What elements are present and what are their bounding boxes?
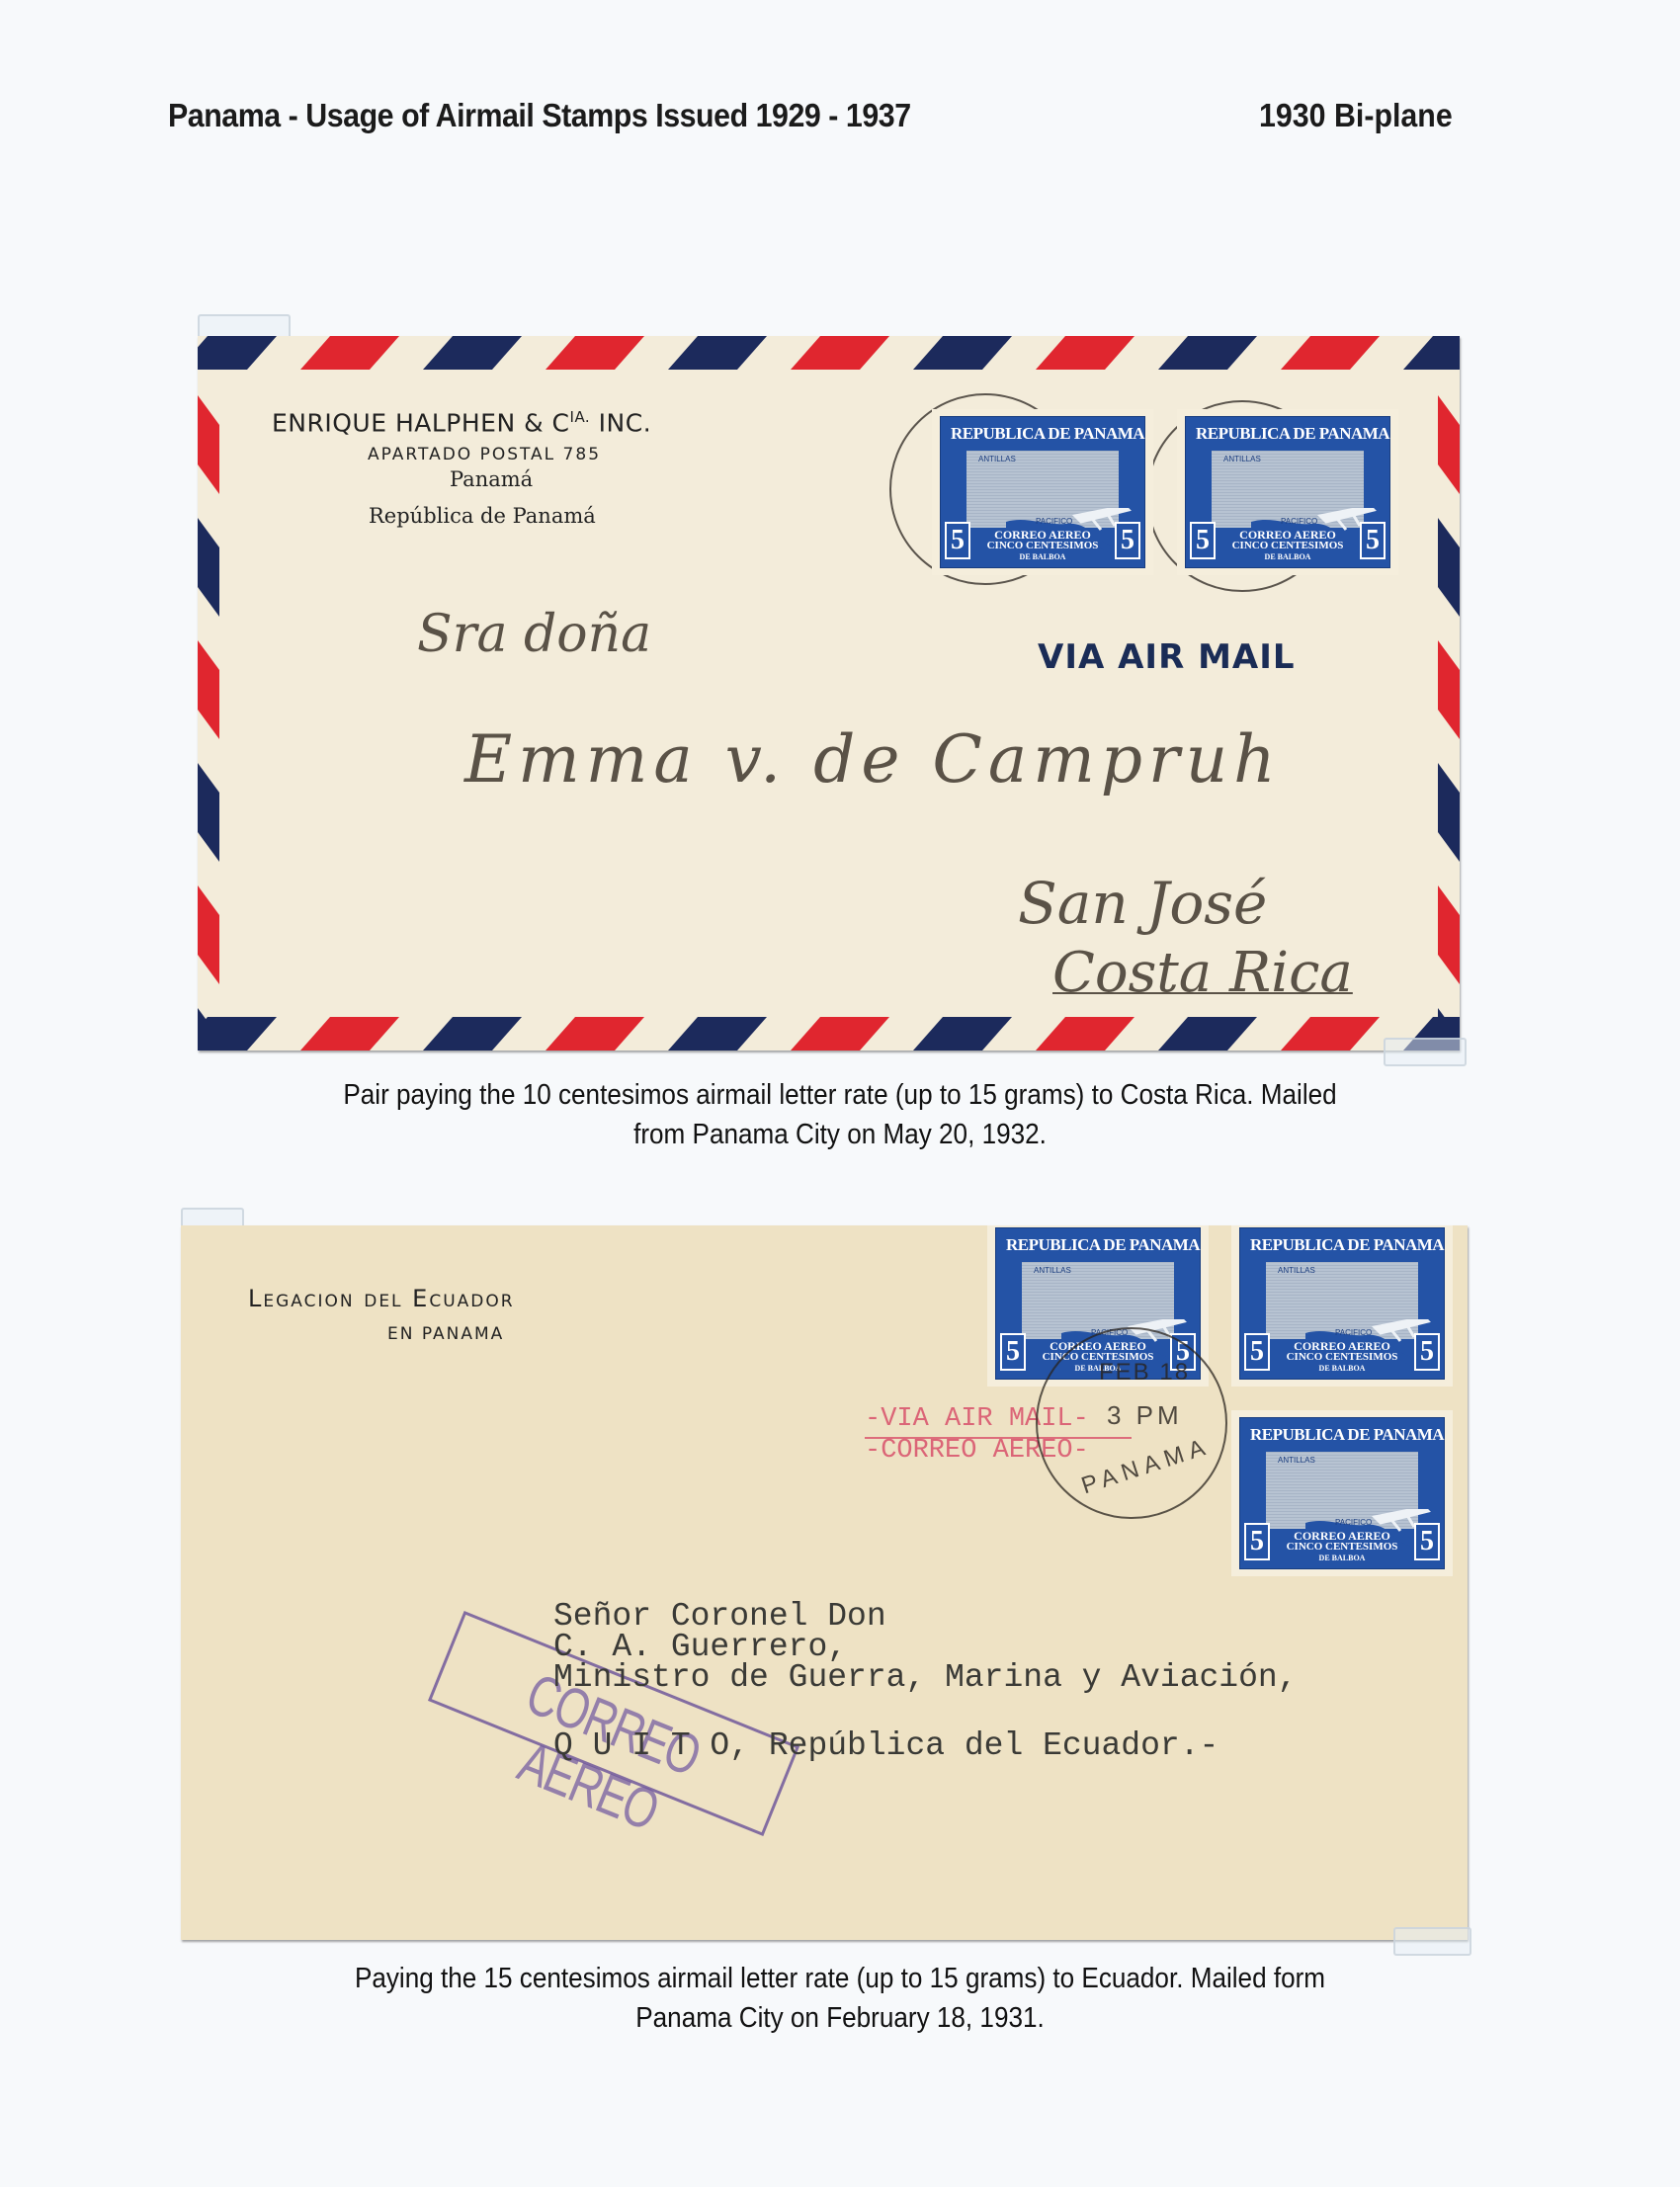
stamp-inscription: CORREO AEREO CINCO CENTESIMOS DE BALBOA (1219, 530, 1356, 563)
stamp-line: CINCO CENTESIMOS (974, 541, 1111, 551)
stamp-country: REPUBLICA DE PANAMA (1196, 421, 1380, 447)
mount-corner (1384, 1038, 1467, 1066)
address-line-blank (553, 1693, 1298, 1730)
stamp-label-bottom: PACIFICO (1335, 1518, 1372, 1527)
address-line: Emma v. de Campruh (464, 721, 1282, 798)
via-air-mail-label: VIA AIR MAIL (1038, 637, 1296, 677)
stamp-inscription: CORREO AEREO CINCO CENTESIMOS DE BALBOA (974, 530, 1111, 563)
stamp: REPUBLICA DE PANAMA ANTILLAS PACIFICO 5 … (1177, 409, 1398, 575)
airmail-stripe-border-right (1438, 336, 1460, 1051)
cover-caption: Pair paying the 10 centesimos airmail le… (155, 1075, 1525, 1154)
stamp-line: DE BALBOA (1219, 551, 1356, 562)
stamp-label-bottom: PACIFICO (1036, 517, 1072, 526)
postmark-date: FEB 18 (1099, 1359, 1190, 1387)
stamp-line: DE BALBOA (974, 551, 1111, 562)
stamp-label-top: ANTILLAS (1034, 1266, 1071, 1275)
sender-country: República de Panamá (369, 504, 596, 528)
stamp-vignette: ANTILLAS PACIFICO (1212, 451, 1364, 528)
mount-corner (1393, 1927, 1471, 1956)
stamp-value-right: 5 (1360, 522, 1386, 559)
stamp-frame: REPUBLICA DE PANAMA ANTILLAS PACIFICO 5 … (1239, 1417, 1445, 1569)
stamp-value-left: 5 (945, 522, 970, 559)
stamp-label-bottom: PACIFICO (1335, 1328, 1372, 1337)
stamp-value-left: 5 (1244, 1523, 1270, 1560)
page-title: Panama - Usage of Airmail Stamps Issued … (168, 97, 911, 134)
stamp-line: CINCO CENTESIMOS (1219, 541, 1356, 551)
postmark-circle: FEB 18 3 PM PANAMA (1036, 1327, 1227, 1519)
stamp-label-top: ANTILLAS (978, 455, 1016, 463)
sender-company-name: ENRIQUE HALPHEN & CIA. INC. (272, 408, 651, 437)
stamp-value-left: 5 (1000, 1333, 1026, 1371)
sender-legation-location: EN PANAMA (387, 1324, 504, 1344)
stamp-inscription: CORREO AEREO CINCO CENTESIMOS DE BALBOA (1274, 1531, 1410, 1564)
stamp-frame: REPUBLICA DE PANAMA ANTILLAS PACIFICO 5 … (1239, 1227, 1445, 1380)
postmark-city: PANAMA (1078, 1433, 1215, 1501)
stamp-label-top: ANTILLAS (1278, 1456, 1315, 1465)
stamp-vignette: ANTILLAS PACIFICO (1022, 1262, 1174, 1339)
stamp-value-left: 5 (1190, 522, 1216, 559)
address-line: C. A. Guerrero, (553, 1632, 1298, 1662)
address-line: Q U I T O, República del Ecuador.- (553, 1730, 1298, 1761)
stamp-label-top: ANTILLAS (1278, 1266, 1315, 1275)
cover-caption: Paying the 15 centesimos airmail letter … (155, 1959, 1525, 2038)
airmail-cover-ecuador: Legacion del Ecuador EN PANAMA REPUBLICA… (181, 1225, 1468, 1940)
caption-line: Paying the 15 centesimos airmail letter … (155, 1959, 1525, 1998)
stamp-line: CINCO CENTESIMOS (1274, 1352, 1410, 1363)
airmail-stripe-border-bottom (198, 1017, 1460, 1051)
stamp-vignette: ANTILLAS PACIFICO (1266, 1262, 1418, 1339)
page-subtitle: 1930 Bi-plane (1259, 97, 1453, 134)
airmail-stripe-border-left (198, 336, 219, 1051)
airmail-stripe-border-top (198, 336, 1460, 370)
stamp-country: REPUBLICA DE PANAMA (951, 421, 1134, 447)
stamp-value-right: 5 (1414, 1333, 1440, 1371)
sender-legation-name: Legacion del Ecuador (248, 1285, 515, 1312)
sender-po-box: APARTADO POSTAL 785 (368, 445, 601, 464)
address-line: Sra doña (417, 605, 651, 664)
stamp: REPUBLICA DE PANAMA ANTILLAS PACIFICO 5 … (1231, 1225, 1453, 1387)
address-line: Costa Rica (1052, 941, 1353, 1005)
stamp-value-left: 5 (1244, 1333, 1270, 1371)
caption-line: from Panama City on May 20, 1932. (155, 1115, 1525, 1154)
stamp-frame: REPUBLICA DE PANAMA ANTILLAS PACIFICO 5 … (940, 416, 1145, 568)
stamp-line: DE BALBOA (1274, 1553, 1410, 1563)
stamp-country: REPUBLICA DE PANAMA (1250, 1232, 1434, 1258)
stamp-vignette: ANTILLAS PACIFICO (966, 451, 1119, 528)
address-line: Ministro de Guerra, Marina y Aviación, (553, 1662, 1298, 1693)
address-line: Señor Coronel Don (553, 1601, 1298, 1632)
stamp-frame: REPUBLICA DE PANAMA ANTILLAS PACIFICO 5 … (1185, 416, 1390, 568)
caption-line: Panama City on February 18, 1931. (155, 1998, 1525, 2038)
stamp-inscription: CORREO AEREO CINCO CENTESIMOS DE BALBOA (1274, 1341, 1410, 1375)
stamp-value-right: 5 (1414, 1523, 1440, 1560)
typed-address: Señor Coronel DonC. A. Guerrero,Ministro… (553, 1601, 1298, 1761)
address-line: San José (1018, 870, 1267, 937)
stamp-country: REPUBLICA DE PANAMA (1250, 1422, 1434, 1448)
stamp-line: DE BALBOA (1274, 1363, 1410, 1374)
caption-line: Pair paying the 10 centesimos airmail le… (155, 1075, 1525, 1115)
stamp-label-bottom: PACIFICO (1281, 517, 1317, 526)
stamp-value-right: 5 (1115, 522, 1140, 559)
airmail-cover-costa-rica: ENRIQUE HALPHEN & CIA. INC. APARTADO POS… (198, 336, 1460, 1051)
stamp-line: CINCO CENTESIMOS (1274, 1542, 1410, 1553)
stamp: REPUBLICA DE PANAMA ANTILLAS PACIFICO 5 … (932, 409, 1153, 575)
sender-city: Panamá (450, 467, 533, 491)
stamp-vignette: ANTILLAS PACIFICO (1266, 1452, 1418, 1529)
stamp: REPUBLICA DE PANAMA ANTILLAS PACIFICO 5 … (1231, 1410, 1453, 1576)
stamp-label-top: ANTILLAS (1223, 455, 1261, 463)
stamp-country: REPUBLICA DE PANAMA (1006, 1232, 1190, 1258)
postmark-time: 3 PM (1107, 1400, 1183, 1431)
